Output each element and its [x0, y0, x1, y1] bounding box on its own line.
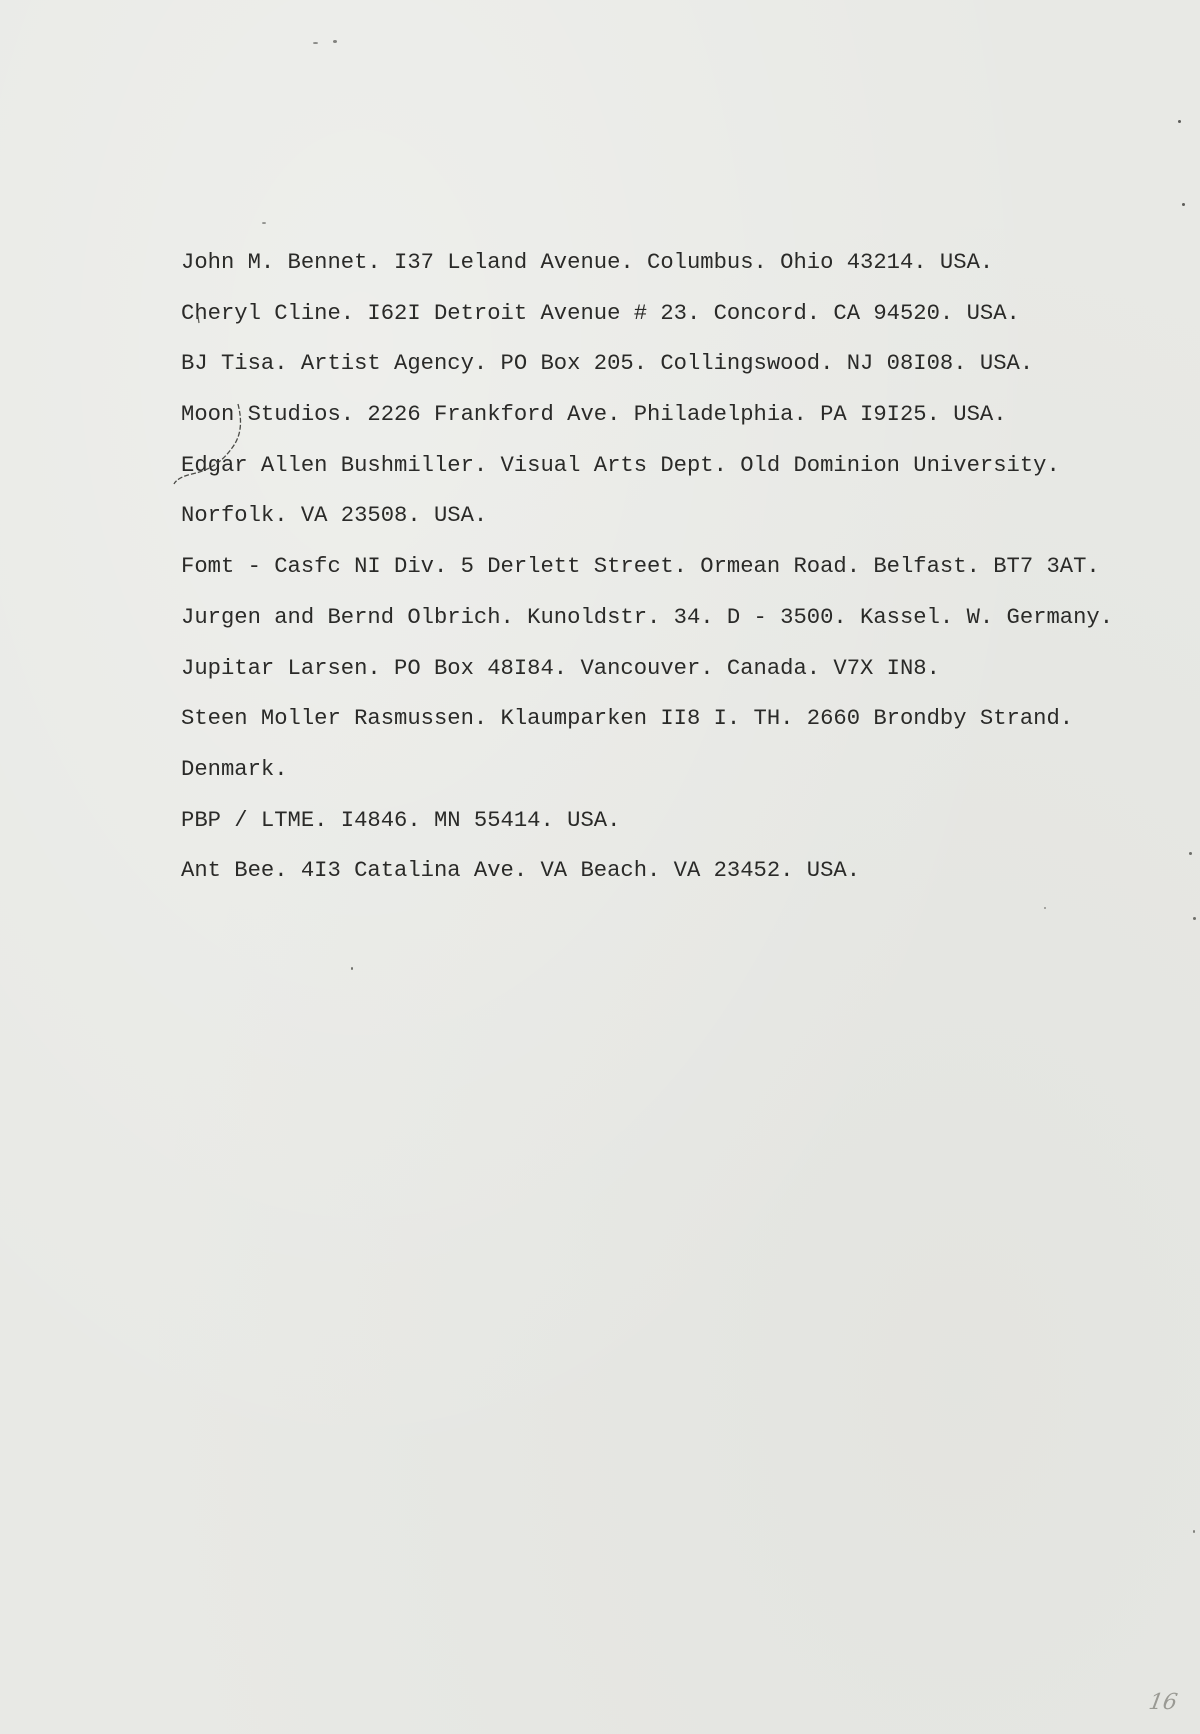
address-line: Jurgen and Bernd Olbrich. Kunoldstr. 34.… — [181, 593, 1113, 644]
address-line: Fomt - Casfc NI Div. 5 Derlett Street. O… — [181, 542, 1113, 593]
address-line: Jupitar Larsen. PO Box 48I84. Vancouver.… — [181, 644, 1113, 695]
page-number: 16 — [1147, 1690, 1179, 1715]
ink-speck — [1189, 852, 1192, 855]
ink-speck — [262, 222, 266, 224]
address-line: Ant Bee. 4I3 Catalina Ave. VA Beach. VA … — [181, 846, 1113, 897]
address-line: Moon Studios. 2226 Frankford Ave. Philad… — [181, 390, 1113, 441]
ink-speck — [1044, 907, 1046, 909]
ink-speck — [351, 967, 353, 970]
address-line: Edgar Allen Bushmiller. Visual Arts Dept… — [181, 441, 1113, 492]
address-list: John M. Bennet. I37 Leland Avenue. Colum… — [181, 238, 1113, 897]
address-line: Norfolk. VA 23508. USA. — [181, 491, 1113, 542]
address-line: Denmark. — [181, 745, 1113, 796]
ink-speck — [1193, 917, 1196, 920]
address-line: Steen Moller Rasmussen. Klaumparken II8 … — [181, 694, 1113, 745]
ink-speck — [1178, 120, 1181, 123]
address-line: BJ Tisa. Artist Agency. PO Box 205. Coll… — [181, 339, 1113, 390]
ink-speck — [1182, 203, 1185, 206]
address-line: Cheryl Cline. I62I Detroit Avenue # 23. … — [181, 289, 1113, 340]
ink-speck — [333, 40, 337, 43]
ink-speck — [1193, 1530, 1195, 1533]
address-line: John M. Bennet. I37 Leland Avenue. Colum… — [181, 238, 1113, 289]
document-page: John M. Bennet. I37 Leland Avenue. Colum… — [0, 0, 1200, 1734]
ink-speck — [313, 42, 318, 44]
address-line: PBP / LTME. I4846. MN 55414. USA. — [181, 796, 1113, 847]
